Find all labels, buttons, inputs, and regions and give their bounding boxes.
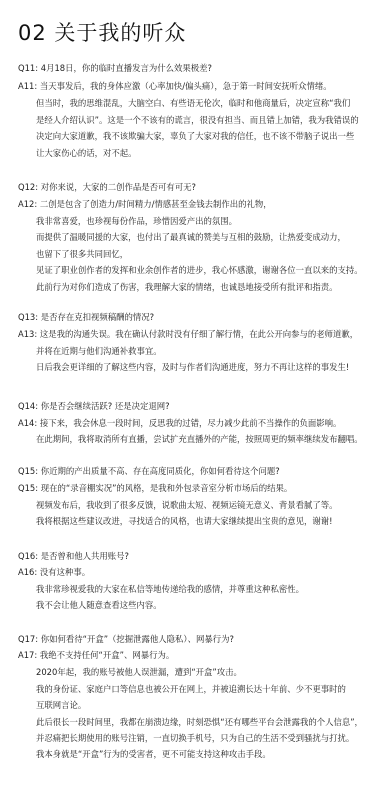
answer-line: 此后很长一段时间里，我都在崩溃边缘，时刻恐惧“还有哪些平台会泄露我的个人信息”， [36, 716, 363, 728]
question-label: Q12: [18, 181, 38, 193]
answer-line: 互联网言论。 [36, 699, 86, 711]
answer-line: 并将在近期与他们沟通补救事宜。 [36, 345, 162, 357]
question-text: 4月18日，你的临时直播发言为什么效果极差? [41, 63, 212, 73]
answer-label: Q15: [18, 482, 38, 494]
question-label: Q11: [18, 62, 38, 74]
answer-line: 在此期间，我将取消所有直播，尝试扩充直播外的产能，按照周更的频率继续发布翻唱。 [36, 433, 363, 445]
answer-label: A16: [18, 566, 37, 578]
question-text: 是否曾和他人共用账号? [41, 551, 129, 561]
answer-line: 是经人介绍认识”。这是一个不该有的谎言，很没有担当、而且错上加错，我为我错误的 [36, 114, 359, 126]
answer-first-line: Q15: 现在的“录音棚实况”的风格，是我和外包录音室分析市场后的结果。 [18, 482, 292, 494]
answer-line: 决定向大家道歉，我不该欺骗大家，辜负了大家对我的信任，也不该不带脑子说出一些 [36, 130, 354, 142]
answer-first-line: A11: 当天事发后，我的身体应激（心率加快/偏头痛），急于第一时间安抚听众情绪… [18, 80, 332, 92]
question-label: Q17: [18, 633, 38, 645]
question-text: 是否存在克扣视频稿酬的情况? [41, 312, 154, 322]
answer-line: 我不会让他人随意查看这些内容。 [36, 599, 162, 611]
answer-line: 我非常喜爱，也珍视每份作品，珍惜因爱产出的氛围。 [36, 215, 237, 227]
answer-line: 我非常珍视爱我的大家在私信等地传递给我的感情，并尊重这种私密性。 [36, 583, 304, 595]
answer-text: 现在的“录音棚实况”的风格，是我和外包录音室分析市场后的结果。 [41, 483, 293, 493]
question-label: Q16: [18, 550, 38, 562]
answer-line: 我本身就是“开盒”行为的受害者，更不可能支持这种攻击手段。 [36, 748, 271, 760]
answer-text: 没有这种事。 [40, 567, 90, 577]
question-q15: Q15: 你近期的产出质量不高、存在高度同质化，你如何看待这个问题? [18, 465, 280, 477]
answer-first-line: A17: 我绝不支持任何“开盒”、网暴行为。 [18, 649, 174, 661]
answer-label: A11: [18, 80, 37, 92]
answer-line: 日后我会更详细的了解这些内容，及时与作者们沟通进度，努力不再让这样的事发生! [36, 361, 349, 373]
question-q16: Q16: 是否曾和他人共用账号? [18, 550, 129, 562]
question-label: Q14: [18, 400, 38, 412]
answer-label: A12: [18, 198, 37, 210]
question-text: 你如何看待“开盒”（挖掘泄露他人隐私）、网暴行为? [41, 634, 234, 644]
answer-line: 但当时，我的思维混乱，大脑空白、有些语无伦次，临时和他商量后，决定宣称“我们 [36, 97, 350, 109]
question-label: Q13: [18, 311, 38, 323]
answer-line: 而提供了温暖同援的大家，也付出了最真诚的赞美与互相的鼓励，让热爱变成动力， [36, 231, 346, 243]
answer-first-line: A13: 这是我的沟通失误。我在确认付款时没有仔细了解行情，在此公开向参与的老师… [18, 328, 358, 340]
answer-text: 我绝不支持任何“开盒”、网暴行为。 [40, 650, 174, 660]
answer-line: 让大家伤心的话，对不起。 [36, 147, 137, 159]
question-label: Q15: [18, 465, 38, 477]
answer-label: A14: [18, 417, 37, 429]
answer-text: 接下来，我会休息一段时间，反思我的过错，尽力减少此前不当操作的负面影响。 [40, 418, 342, 428]
question-text: 对你来说，大家的二创作品是否可有可无? [41, 182, 196, 192]
answer-label: A13: [18, 328, 37, 340]
question-q12: Q12: 对你来说，大家的二创作品是否可有可无? [18, 181, 196, 193]
answer-line: 并忍痛把长期使用的账号注销，一直切换手机号，只为自己的生活不受到骚扰与打扰。 [36, 732, 354, 744]
answer-line: 见证了职业创作者的发挥和业余创作者的进步，我心怀感激，谢谢各位一直以来的支持。 [36, 264, 363, 276]
answer-label: A17: [18, 649, 37, 661]
question-text: 你近期的产出质量不高、存在高度同质化，你如何看待这个问题? [41, 466, 280, 476]
answer-line: 也留下了很多共同回忆， [36, 248, 128, 260]
answer-line: 我将根据这些建议改进，寻找适合的风格，也请大家继续提出宝贵的意见，谢谢! [36, 515, 332, 527]
answer-line: 我的身份证、家庭户口等信息也被公开在网上，并被追溯长达十年前、少不更事时的 [36, 683, 346, 695]
answer-line: 视频发布后，我收到了很多反馈，说歌曲太短、视频运镜无意义、背景看腻了等。 [36, 499, 338, 511]
answer-first-line: A16: 没有这种事。 [18, 566, 90, 578]
answer-text: 二创是包含了创造力/时间精力/情感甚至金钱去制作出的礼物， [40, 199, 272, 209]
question-q11: Q11: 4月18日，你的临时直播发言为什么效果极差? [18, 62, 212, 74]
answer-first-line: A14: 接下来，我会休息一段时间，反思我的过错，尽力减少此前不当操作的负面影响… [18, 417, 341, 429]
answer-text: 这是我的沟通失误。我在确认付款时没有仔细了解行情，在此公开向参与的老师道歉， [40, 329, 358, 339]
question-q14: Q14: 你是否会继续活跃? 还是决定退网? [18, 400, 170, 412]
answer-text: 当天事发后，我的身体应激（心率加快/偏头痛），急于第一时间安抚听众情绪。 [40, 81, 332, 91]
question-q17: Q17: 你如何看待“开盒”（挖掘泄露他人隐私）、网暴行为? [18, 633, 234, 645]
answer-first-line: A12: 二创是包含了创造力/时间精力/情感甚至金钱去制作出的礼物， [18, 198, 272, 210]
question-q13: Q13: 是否存在克扣视频稿酬的情况? [18, 311, 154, 323]
answer-line: 2020年起，我的账号被他人误泄漏，遭到“开盒”攻击。 [36, 666, 242, 678]
page-title: 02 关于我的听众 [18, 18, 186, 48]
question-text: 你是否会继续活跃? 还是决定退网? [41, 401, 170, 411]
answer-line: 此前行为对你们造成了伤害，我理解大家的情绪，也诚恳地接受所有批评和指责。 [36, 281, 338, 293]
